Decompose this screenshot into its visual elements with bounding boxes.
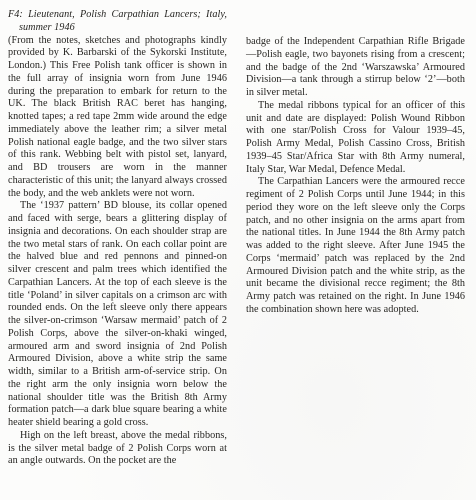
two-column-layout: F4: Lieutenant, Polish Carpathian Lancer…	[8, 9, 466, 468]
paragraph-bd-blouse: The ‘1937 pattern’ BD blouse, its collar…	[8, 200, 227, 430]
caption-heading: F4: Lieutenant, Polish Carpathian Lancer…	[8, 9, 227, 35]
paragraph-breast-badges: High on the left breast, above the medal…	[8, 430, 227, 468]
paragraph-medal-ribbons: The medal ribbons typical for an officer…	[246, 100, 465, 177]
right-column: badge of the Independent Carpathian Rifl…	[246, 9, 465, 468]
caption-heading-line1: F4: Lieutenant, Polish Carpathian Lancer…	[8, 9, 227, 22]
paragraph-badges-continued: badge of the Independent Carpathian Rifl…	[246, 36, 465, 100]
book-page: F4: Lieutenant, Polish Carpathian Lancer…	[0, 0, 476, 500]
caption-heading-line2: summer 1946	[8, 22, 227, 35]
paragraph-unit-history: The Carpathian Lancers were the armoured…	[246, 176, 465, 316]
left-column: F4: Lieutenant, Polish Carpathian Lancer…	[8, 9, 227, 468]
paragraph-source-note: (From the notes, sketches and photograph…	[8, 35, 227, 201]
